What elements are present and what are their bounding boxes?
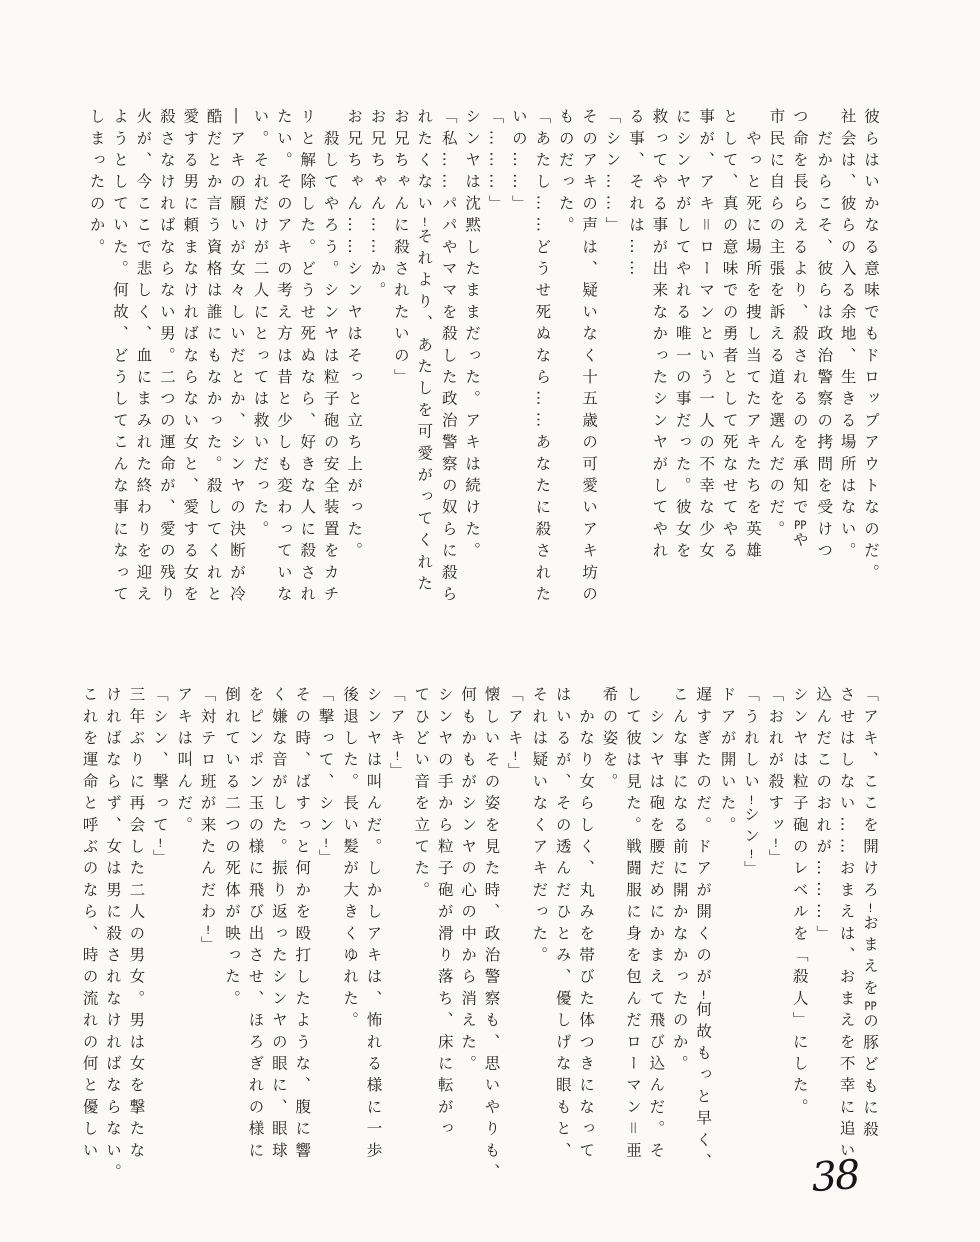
tatechuyoko-run: ! [745,849,758,860]
text-column: やっと死に場所を捜し当てたアキたちを英雄 [741,108,764,613]
text-column: お兄ちゃんに殺されたいの」 [388,108,411,613]
text-column: いの……」 [507,108,530,613]
text-column: 「うれしい!シン!」 [739,686,763,1191]
text-column: 酷だとか言う資格は誰にもなかった。殺してくれと [201,108,224,613]
text-column: アキは叫んだ。 [172,686,195,1191]
text-column: 殺さなければならない男。二つの運命が、愛の残り [154,108,177,613]
text-column: 愛する男に頼まなければならない女と、愛する女を [178,108,201,613]
text-column: リと解除した。どうせ死ぬなら、好きな人に殺され [295,108,318,613]
handwritten-page-number: 38 [810,1149,904,1215]
text-column: 後退した。長い髪が大きくゆれた。 [338,686,361,1191]
text-column: ければならず、女は男に殺されなければならない。 [101,686,124,1191]
bottom-text-block: 「アキ、ここを開けろ!おまえをPPの豚どもに殺させはしない……おまえは、おまえを… [82,686,882,1191]
text-column: お兄ちゃん……シンヤはそっと立ち上がった。 [342,108,365,613]
text-column: 込んだこのおれが………」 [811,686,834,1191]
text-column: い。それだけが二人にとっては救いだった。 [248,108,271,613]
tatechuyoko-run: ! [320,838,333,849]
text-column: シンヤは砲を腰だめにかまえて飛び込んだ。そ [644,686,667,1191]
text-column: 何もかもがシンヤの心の中から消えた。 [456,686,479,1191]
tatechuyoko-run: ! [154,838,167,849]
text-column: ようとしていた。何故、どうしてこんな事になって [108,108,131,613]
text-column: お兄ちゃん……か。 [365,108,388,613]
text-column: れたくない!それより、あたしを可愛がってくれた [412,108,436,613]
text-column: かなり女らしく、丸みを帯びた体つきになって [574,686,597,1191]
text-column: 倒れている二つの死体が映った。 [220,686,243,1191]
text-column: そのアキの声は、疑いなく十五歳の可愛いアキ坊の [577,108,600,613]
text-column: こんな事になる前に開かなかったのか。 [667,686,690,1191]
tatechuyoko-run: PP [794,520,807,531]
text-column: 救ってやる事が出来なかったシンヤがしてやれ [647,108,670,613]
text-column: シンヤは沈黙したままだった。アキは続けた。 [460,108,483,613]
text-column: 市民に自らの主張を訴える道を選んだのだ。 [764,108,787,613]
tatechuyoko-run: ! [745,795,758,806]
text-column: 彼らはいかなる意味でもドロップアウトなのだ。 [859,108,882,613]
tatechuyoko-run: ! [769,838,782,849]
text-column: 「対テロ班が来たんだわ!」 [195,686,219,1191]
text-column: それは疑いなくアキだった。 [527,686,550,1191]
tatechuyoko-run: ! [509,751,522,762]
text-column: ―アキの願いが女々しいだとか、シンヤの決断が冷 [225,108,248,613]
tatechuyoko-run: ! [202,925,215,936]
text-column: 「おれが殺すッ!」 [763,686,787,1191]
text-column: 「アキ!」 [384,686,408,1191]
text-column: はいるが、その透んだひとみ、優しげな眼もと、 [550,686,573,1191]
text-column: 三年ぶりに再会した二人の男女。男は女を撃たな [124,686,147,1191]
text-column: ものだった。 [553,108,576,613]
tatechuyoko-run: ! [864,903,877,914]
text-column: として、真の意味での勇者として死なせてやる [717,108,740,613]
text-column: てひどい音を立てた。 [409,686,432,1191]
text-column: シンヤの手から粒子砲が滑り落ち、床に転がっ [432,686,455,1191]
text-column: ドアが開いた。 [715,686,738,1191]
text-column: 殺してやろう。シンヤは粒子砲の安全装置をカチ [318,108,341,613]
text-column: 「あたし……どうせ死ぬなら……あなたに殺された [530,108,553,613]
text-column: る事、それは…… [624,108,647,613]
tatechuyoko-run: ! [418,217,431,228]
top-text-block: 彼らはいかなる意味でもドロップアウトなのだ。社会は、彼らの入る余地、生きる場所は… [82,108,882,613]
text-column: 「………」 [483,108,506,613]
text-column: 遅すぎたのだ。ドアが開くのが!何故もっと早く、 [691,686,715,1191]
tatechuyoko-run: PP [864,1001,877,1012]
text-column: 事が、アキ＝ローマンという一人の不幸な少女 [694,108,717,613]
text-column: シンヤは叫んだ。しかしアキは、怖れる様に一歩 [361,686,384,1191]
text-column: 「アキ!」 [503,686,527,1191]
text-column: 社会は、彼らの入る余地、生きる場所はない。 [835,108,858,613]
text-column: 火が、今ここで悲しく、血にまみれた終わりを迎え [131,108,154,613]
tatechuyoko-run: ! [391,751,404,762]
text-column: して彼は見た。戦闘服に身を包んだローマン＝亜 [621,686,644,1191]
text-column: これを運命と呼ぶのなら、時の流れの何と優しい [77,686,100,1191]
text-column: 「撃って、シン!」 [313,686,337,1191]
text-column: その時、ばすっと何かを殴打したような、腹に響 [290,686,313,1191]
scanned-novel-page: 彼らはいかなる意味でもドロップアウトなのだ。社会は、彼らの入る余地、生きる場所は… [0,0,980,1242]
text-column: をピンポン玉の様に飛び出させ、ほろぎれの様に [243,686,266,1191]
text-column: だからこそ、彼らは政治警察の拷問を受けつ [812,108,835,613]
text-column: しまったのか。 [84,108,107,613]
text-column: 「シン、撃って!」 [147,686,171,1191]
text-column: 「アキ、ここを開けろ!おまえをPPの豚どもに殺 [858,686,882,1191]
text-column: つ命を長らえるより、殺されるのを承知でPPや [787,108,811,613]
text-column: シンヤは粒子砲のレベルを「殺人」にした。 [787,686,810,1191]
tatechuyoko-run: ! [697,990,710,1001]
text-column: 「私……パパやママを殺した政治警察の奴らに殺ら [436,108,459,613]
text-column: く嫌な音がした。振り返ったシンヤの眼に、眼球 [266,686,289,1191]
text-column: たい。そのアキの考え方は昔と少しも変わっていな [271,108,294,613]
text-column: 希の姿を。 [597,686,620,1191]
text-column: させはしない……おまえは、おまえを不幸に追い [834,686,857,1191]
text-column: 懐しいその姿を見た時、政治警察も、思いやりも、 [479,686,502,1191]
text-column: 「シン……」 [600,108,623,613]
text-column: にシンヤがしてやれる唯一の事だった。彼女を [670,108,693,613]
